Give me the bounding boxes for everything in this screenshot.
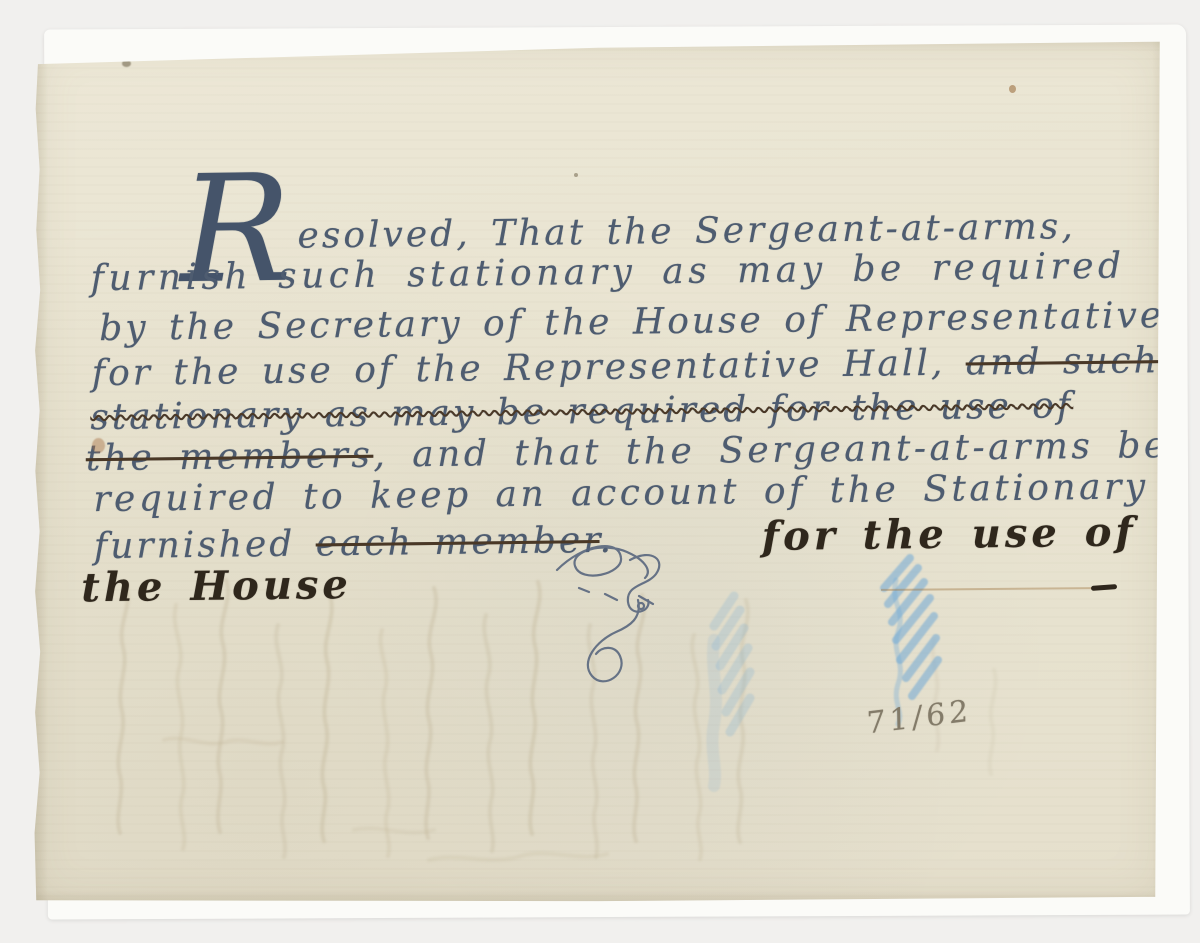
- handwritten-text: furnished: [94, 523, 316, 567]
- document-scan: Resolved, That the Sergeant-at-arms, fur…: [0, 0, 1200, 943]
- document-paper: Resolved, That the Sergeant-at-arms, fur…: [34, 40, 1162, 902]
- resolution-line-8: furnished each member.for the use of: [94, 510, 1137, 567]
- struck-text: and such: [965, 340, 1160, 383]
- struck-text: each member: [315, 520, 599, 564]
- handwritten-text: for the use of the Representative Hall,: [92, 343, 966, 395]
- foxing-spot: [574, 173, 578, 177]
- handwritten-text: .: [599, 520, 614, 561]
- dark-ink-addition: for the use of: [762, 508, 1137, 560]
- dark-ink-addition: the House: [81, 561, 352, 611]
- resolution-text-block: Resolved, That the Sergeant-at-arms, fur…: [29, 33, 1167, 909]
- struck-text: the members: [86, 435, 374, 480]
- foxing-spot: [92, 438, 105, 453]
- resolution-line-9: the House: [81, 563, 352, 610]
- foxing-spot: [1009, 85, 1016, 93]
